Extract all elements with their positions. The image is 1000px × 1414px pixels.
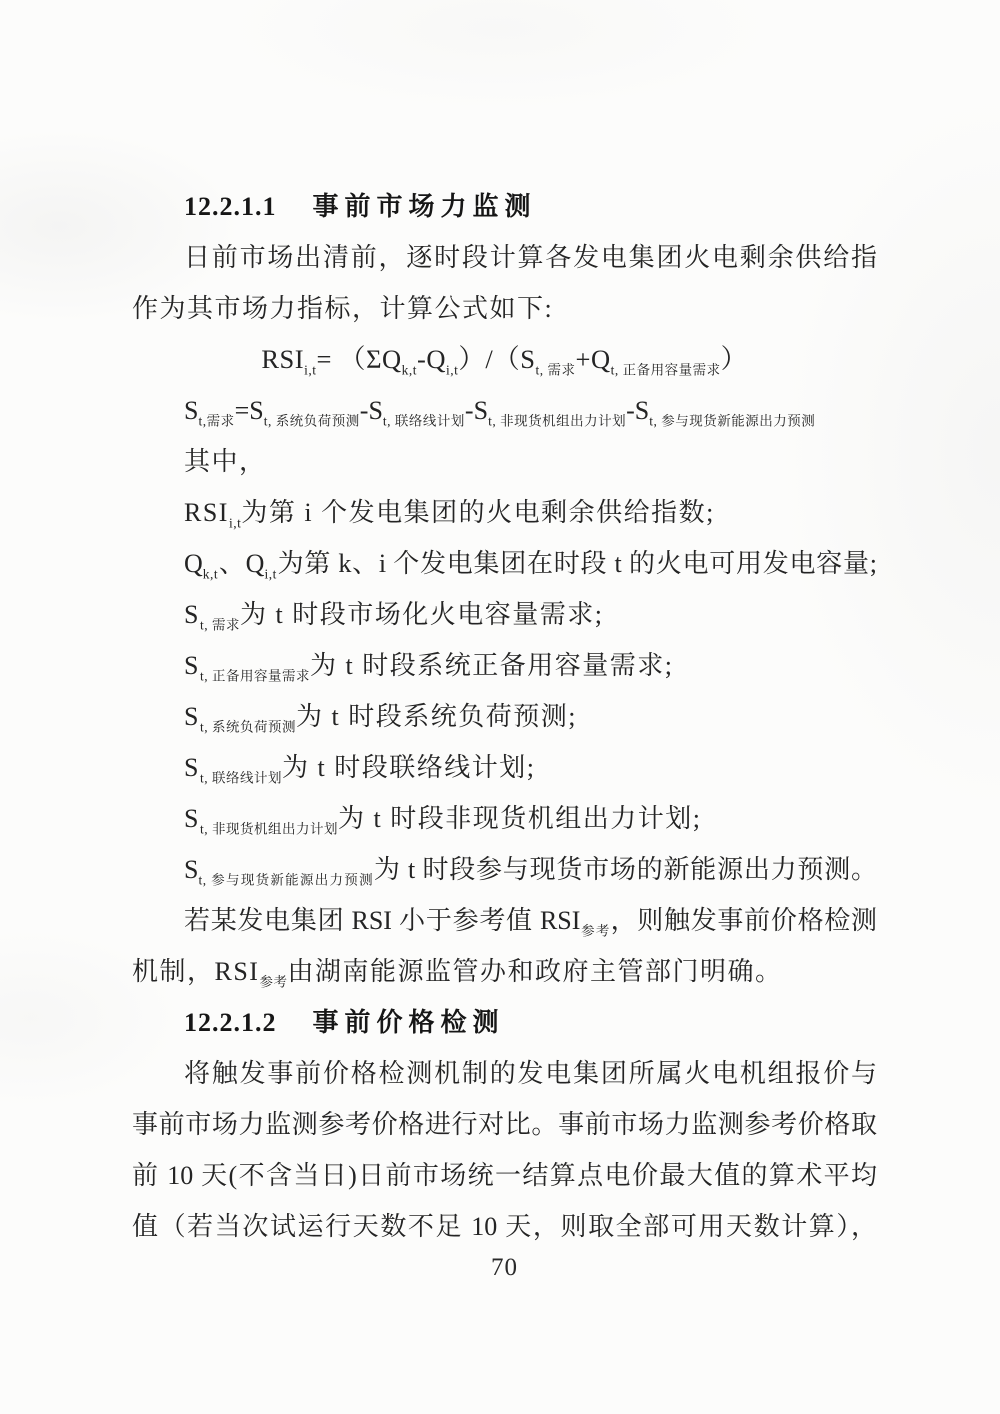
definition-text: 为第 k、i 个发电集团在时段 t 的火电可用发电容量; bbox=[277, 549, 877, 578]
formula-demand: St,需求=St, 系统负荷预测-St, 联络线计划-St, 非现货机组出力计划… bbox=[132, 385, 877, 436]
q-reserve-term: Q bbox=[591, 344, 611, 374]
q-reserve-subscript: t, 正备用容量需求 bbox=[611, 363, 721, 378]
s-lhs-term: S bbox=[184, 396, 198, 425]
section-heading-ex-ante-price-check: 12.2.1.2事前价格检测 bbox=[132, 997, 877, 1048]
price-check-paragraph-line1: 将触发事前价格检测机制的发电集团所属火电机组报价与 bbox=[132, 1048, 877, 1099]
trigger-paragraph-line2: 机制，RSI参考由湖南能源监管办和政府主管部门明确。 bbox=[132, 946, 877, 997]
rsi-symbol: RSI bbox=[184, 498, 229, 527]
s-symbol: S bbox=[184, 600, 200, 629]
page-content: 12.2.1.1事前市场力监测 日前市场出清前，逐时段计算各发电集团火电剩余供给… bbox=[132, 181, 877, 1252]
equals-open-paren: = （ bbox=[316, 344, 366, 374]
s-symbol: S bbox=[184, 702, 200, 731]
section-heading-ex-ante-market-power: 12.2.1.1事前市场力监测 bbox=[132, 181, 877, 232]
definition-text: 为 t 时段联络线计划; bbox=[282, 753, 535, 782]
definition-text: 为第 i 个发电集团的火电剩余供给指数; bbox=[241, 498, 714, 527]
definition-text: 为 t 时段系统负荷预测; bbox=[296, 702, 577, 731]
plus-sign: + bbox=[576, 344, 591, 374]
definition-text: 为 t 时段市场化火电容量需求; bbox=[240, 600, 603, 629]
rsi-term: RSI bbox=[261, 344, 304, 374]
price-check-paragraph-line4: 值（若当次试运行天数不足 10 天，则取全部可用天数计算）， bbox=[132, 1201, 877, 1252]
s-symbol: S bbox=[184, 804, 200, 833]
s-tieline-subscript: t, 联络线计划 bbox=[383, 414, 465, 429]
q-symbol-1-subscript: k,t bbox=[203, 567, 218, 582]
formula-rsi: RSIi,t= （ΣQk,t-Qi,t）/（St, 需求+Qt, 正备用容量需求… bbox=[132, 334, 877, 385]
text-before-subscript: 机制，RSI bbox=[132, 957, 259, 986]
definition-s-demand: St, 需求为 t 时段市场化火电容量需求; bbox=[132, 589, 877, 640]
definition-q: Qk,t、Qi,t为第 k、i 个发电集团在时段 t 的火电可用发电容量; bbox=[132, 538, 877, 589]
minus-sign-2: - bbox=[465, 396, 474, 425]
s-symbol: S bbox=[184, 651, 200, 680]
definition-s-renewable-forecast: St, 参与现货新能源出力预测为 t 时段参与现货市场的新能源出力预测。 bbox=[132, 844, 877, 895]
q-term-2-subscript: i,t bbox=[446, 363, 458, 378]
s-nonspot-subscript: t, 非现货机组出力计划 bbox=[488, 414, 626, 429]
trigger-paragraph-line1: 若某发电集团 RSI 小于参考值 RSI参考，则触发事前价格检测 bbox=[132, 895, 877, 946]
rsi-symbol-subscript: i,t bbox=[229, 516, 241, 531]
s-demand-subscript: t, 需求 bbox=[536, 363, 576, 378]
s-nonspot-term: S bbox=[474, 396, 488, 425]
section-title: 事前市场力监测 bbox=[313, 191, 537, 221]
text-before-subscript: 若某发电集团 RSI 小于参考值 RSI bbox=[184, 906, 580, 935]
q-symbol-2: Q bbox=[246, 549, 265, 578]
equals-sign: = bbox=[235, 396, 250, 425]
price-check-paragraph-line2: 事前市场力监测参考价格进行对比。事前市场力监测参考价格取 bbox=[132, 1099, 877, 1150]
page-number: 70 bbox=[132, 1248, 877, 1288]
q-symbol-1: Q bbox=[184, 549, 203, 578]
intro-paragraph-line2: 作为其市场力指标，计算公式如下: bbox=[132, 283, 877, 334]
s-symbol-subscript: t, 联络线计划 bbox=[200, 771, 282, 786]
s-symbol-subscript: t, 系统负荷预测 bbox=[200, 720, 296, 735]
definition-s-tieline: St, 联络线计划为 t 时段联络线计划; bbox=[132, 742, 877, 793]
definition-text: 为 t 时段非现货机组出力计划; bbox=[338, 804, 701, 833]
minus-sign: - bbox=[417, 344, 426, 374]
definition-s-positive-reserve: St, 正备用容量需求为 t 时段系统正备用容量需求; bbox=[132, 640, 877, 691]
definition-rsi: RSIi,t为第 i 个发电集团的火电剩余供给指数; bbox=[132, 487, 877, 538]
q-term-1-subscript: k,t bbox=[402, 363, 417, 378]
section-title: 事前价格检测 bbox=[313, 1007, 505, 1037]
sigma-symbol: Σ bbox=[366, 344, 382, 374]
rsi-subscript: i,t bbox=[304, 363, 316, 378]
s-symbol-subscript: t, 正备用容量需求 bbox=[200, 669, 310, 684]
s-symbol-subscript: t, 非现货机组出力计划 bbox=[200, 822, 338, 837]
s-symbol-subscript: t, 参与现货新能源出力预测 bbox=[198, 873, 373, 888]
s-load-term: S bbox=[249, 396, 263, 425]
definition-s-nonspot-units: St, 非现货机组出力计划为 t 时段非现货机组出力计划; bbox=[132, 793, 877, 844]
definition-s-system-load: St, 系统负荷预测为 t 时段系统负荷预测; bbox=[132, 691, 877, 742]
text-after-subscript: 由湖南能源监管办和政府主管部门明确。 bbox=[287, 957, 782, 986]
s-renewable-term: S bbox=[635, 396, 649, 425]
s-lhs-subscript: t,需求 bbox=[198, 414, 234, 429]
q-term-2: Q bbox=[426, 344, 446, 374]
close-paren: ） bbox=[721, 344, 748, 374]
rsi-reference-subscript: 参考 bbox=[580, 924, 610, 939]
s-demand-term: S bbox=[520, 344, 535, 374]
where-label: 其中， bbox=[132, 436, 877, 487]
q-term-1: Q bbox=[382, 344, 402, 374]
s-tieline-term: S bbox=[368, 396, 382, 425]
s-symbol-subscript: t, 需求 bbox=[200, 618, 240, 633]
text-after-subscript: ，则触发事前价格检测 bbox=[611, 906, 877, 935]
section-number: 12.2.1.2 bbox=[184, 1008, 277, 1037]
s-load-subscript: t, 系统负荷预测 bbox=[264, 414, 360, 429]
s-symbol: S bbox=[184, 855, 198, 884]
s-symbol: S bbox=[184, 753, 200, 782]
minus-sign-3: - bbox=[626, 396, 635, 425]
intro-paragraph-line1: 日前市场出清前，逐时段计算各发电集团火电剩余供给指数， bbox=[132, 232, 877, 283]
rsi-reference-subscript: 参考 bbox=[259, 975, 287, 990]
enumeration-comma: 、 bbox=[218, 549, 246, 578]
q-symbol-2-subscript: i,t bbox=[264, 567, 276, 582]
divide-parens: ）/（ bbox=[458, 344, 520, 374]
definition-text: 为 t 时段参与现货市场的新能源出力预测。 bbox=[374, 855, 877, 884]
definition-text: 为 t 时段系统正备用容量需求; bbox=[310, 651, 673, 680]
price-check-paragraph-line3: 前 10 天(不含当日)日前市场统一结算点电价最大值的算术平均 bbox=[132, 1150, 877, 1201]
section-number: 12.2.1.1 bbox=[184, 192, 277, 221]
s-renewable-subscript: t, 参与现货新能源出力预测 bbox=[649, 414, 815, 429]
